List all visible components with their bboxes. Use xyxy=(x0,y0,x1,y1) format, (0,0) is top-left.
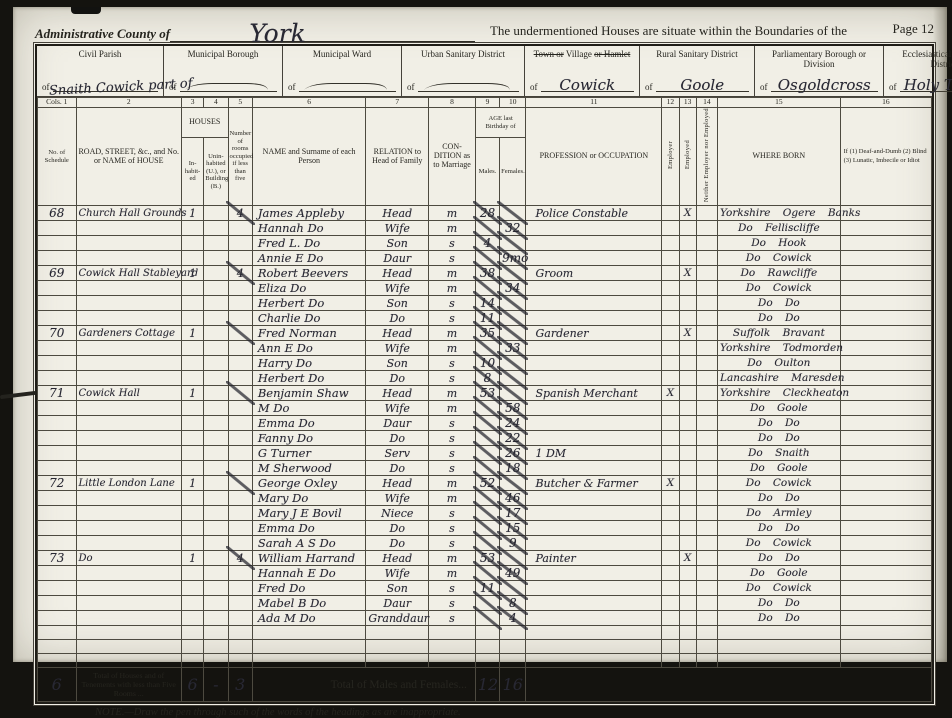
admin-county-underline: York xyxy=(170,21,475,42)
district-label: Urban Sanitary District xyxy=(407,49,519,59)
schedule-number: 71 xyxy=(38,386,77,401)
age-female: 4 xyxy=(500,611,526,626)
occupation xyxy=(526,281,662,296)
table-row: Hannah E DoWifem49Do Goole xyxy=(38,566,932,581)
houses-uninhabited xyxy=(204,506,228,521)
relation-to-head: Do xyxy=(366,311,429,326)
empty-cell xyxy=(76,640,181,654)
infirmities xyxy=(840,491,931,506)
empty-cell xyxy=(366,626,429,640)
column-number: 8 xyxy=(429,98,476,108)
employer-mark xyxy=(662,221,679,236)
houses-inhabited xyxy=(181,446,203,461)
rooms-count xyxy=(228,236,252,251)
infirmities xyxy=(840,566,931,581)
age-female: 49 xyxy=(500,566,526,581)
occupation xyxy=(526,521,662,536)
where-born: Suffolk Bravant xyxy=(718,326,841,341)
age-female xyxy=(500,476,526,491)
employed-mark xyxy=(679,521,696,536)
relation-to-head: Do xyxy=(366,521,429,536)
col-header-road: ROAD, STREET, &c., and No. or NAME of HO… xyxy=(76,108,181,206)
relation-to-head: Wife xyxy=(366,341,429,356)
neither-mark xyxy=(696,251,717,266)
empty-cell xyxy=(252,640,366,654)
marriage-condition: s xyxy=(429,296,476,311)
empty-cell xyxy=(204,654,228,666)
census-table-head: Cols. 12345678910111213141516 No. of Sch… xyxy=(38,98,932,206)
col-header-occupation: PROFESSION or OCCUPATION xyxy=(526,108,662,206)
employer-mark xyxy=(662,311,679,326)
age-male xyxy=(475,596,499,611)
age-male xyxy=(475,491,499,506)
houses-inhabited: 1 xyxy=(181,551,203,566)
district-underline: Snaith Cowick part of xyxy=(53,78,159,92)
relation-to-head: Daur xyxy=(366,596,429,611)
house-address xyxy=(76,401,181,416)
marriage-condition: s xyxy=(429,431,476,446)
schedule-number xyxy=(38,221,77,236)
person-name: Robert Beevers xyxy=(252,266,366,281)
schedule-number xyxy=(38,536,77,551)
houses-inhabited xyxy=(181,491,203,506)
employed-mark: X xyxy=(679,206,696,221)
rooms-count xyxy=(228,341,252,356)
houses-inhabited xyxy=(181,521,203,536)
houses-inhabited xyxy=(181,251,203,266)
age-male: 8 xyxy=(475,371,499,386)
houses-uninhabited xyxy=(204,551,228,566)
age-male: 28 xyxy=(475,206,499,221)
empty-cell xyxy=(429,654,476,666)
infirmities xyxy=(840,221,931,236)
marriage-condition: m xyxy=(429,281,476,296)
infirmities xyxy=(840,446,931,461)
house-address xyxy=(76,506,181,521)
employer-mark xyxy=(662,371,679,386)
schedule-number xyxy=(38,341,77,356)
employer-mark xyxy=(662,281,679,296)
schedule-number: 69 xyxy=(38,266,77,281)
district-field: Municipal Wardof xyxy=(282,46,401,96)
marriage-condition: s xyxy=(429,596,476,611)
neither-mark xyxy=(696,506,717,521)
age-male xyxy=(475,341,499,356)
schedule-number xyxy=(38,506,77,521)
where-born: Do Felliscliffe xyxy=(718,221,841,236)
age-female: 18 xyxy=(500,461,526,476)
person-name: Herbert Do xyxy=(252,296,366,311)
marriage-condition: m xyxy=(429,386,476,401)
house-address xyxy=(76,611,181,626)
age-female xyxy=(500,356,526,371)
house-address xyxy=(76,536,181,551)
person-name: Mary Do xyxy=(252,491,366,506)
houses-inhabited xyxy=(181,506,203,521)
district-label: Rural Sanitary District xyxy=(645,49,749,59)
district-of-prefix: of xyxy=(645,83,653,92)
neither-mark xyxy=(696,266,717,281)
house-address xyxy=(76,416,181,431)
table-row: M DoWifem58Do Goole xyxy=(38,401,932,416)
houses-uninhabited xyxy=(204,416,228,431)
occupation xyxy=(526,581,662,596)
table-row: 69Cowick Hall Stableyard14Robert Beevers… xyxy=(38,266,932,281)
employer-mark xyxy=(662,416,679,431)
undermentioned-text: The undermentioned Houses are situate wi… xyxy=(475,23,862,42)
empty-cell xyxy=(181,640,203,654)
house-address: Do xyxy=(76,551,181,566)
houses-uninhabited xyxy=(204,386,228,401)
infirmities xyxy=(840,611,931,626)
relation-to-head: Do xyxy=(366,371,429,386)
relation-to-head: Head xyxy=(366,206,429,221)
col-header-infirmities: If (1) Deaf-and-Dumb (2) Blind (3) Lunat… xyxy=(840,108,931,206)
employer-mark: X xyxy=(662,476,679,491)
blank-stroke xyxy=(304,83,390,90)
employed-vertical-label: Employed xyxy=(684,140,691,169)
schedule-number xyxy=(38,356,77,371)
rooms-count xyxy=(228,611,252,626)
person-name: Ada M Do xyxy=(252,611,366,626)
person-name: Emma Do xyxy=(252,416,366,431)
col-header-schedule: No. of Schedule xyxy=(38,108,77,206)
rooms-count xyxy=(228,491,252,506)
where-born: Do Do xyxy=(718,596,841,611)
where-born: Do Do xyxy=(718,311,841,326)
district-of-prefix: of xyxy=(530,83,538,92)
table-row: Ann E DoWifem33Yorkshire Todmorden xyxy=(38,341,932,356)
empty-cell xyxy=(679,626,696,640)
empty-cell xyxy=(500,654,526,666)
empty-row xyxy=(38,640,932,654)
house-address xyxy=(76,281,181,296)
infirmities xyxy=(840,296,931,311)
employed-mark xyxy=(679,281,696,296)
schedule-number xyxy=(38,611,77,626)
empty-cell xyxy=(500,626,526,640)
infirmities xyxy=(840,596,931,611)
table-row: Ada M DoGranddaurs4Do Do xyxy=(38,611,932,626)
house-address xyxy=(76,566,181,581)
person-name: William Harrand xyxy=(252,551,366,566)
empty-cell xyxy=(696,654,717,666)
relation-to-head: Son xyxy=(366,236,429,251)
relation-to-head: Head xyxy=(366,326,429,341)
employed-mark xyxy=(679,461,696,476)
person-name: Mary J E Bovil xyxy=(252,506,366,521)
person-name: Fred Do xyxy=(252,581,366,596)
empty-cell xyxy=(475,626,499,640)
occupation: 1 DM xyxy=(526,446,662,461)
houses-uninhabited xyxy=(204,491,228,506)
column-number: Cols. 1 xyxy=(38,98,77,108)
person-name: George Oxley xyxy=(252,476,366,491)
employed-mark xyxy=(679,611,696,626)
district-value: Cowick xyxy=(559,76,615,94)
relation-to-head: Wife xyxy=(366,491,429,506)
district-of-prefix: of xyxy=(169,83,177,92)
houses-uninhabited xyxy=(204,356,228,371)
column-number: 14 xyxy=(696,98,717,108)
rooms-count xyxy=(228,281,252,296)
person-name: Hannah Do xyxy=(252,221,366,236)
house-address xyxy=(76,581,181,596)
district-label-part: Village xyxy=(566,49,592,59)
house-address: Gardeners Cottage xyxy=(76,326,181,341)
age-female xyxy=(500,551,526,566)
neither-mark xyxy=(696,476,717,491)
district-label: Municipal Borough xyxy=(169,49,277,59)
neither-mark xyxy=(696,401,717,416)
occupation xyxy=(526,536,662,551)
employer-mark: X xyxy=(662,386,679,401)
empty-cell xyxy=(696,626,717,640)
person-name: Ann E Do xyxy=(252,341,366,356)
col-header-males: Males. xyxy=(475,138,499,206)
rooms-count xyxy=(228,446,252,461)
district-underline: Goole xyxy=(656,78,750,92)
person-name: G Turner xyxy=(252,446,366,461)
empty-cell xyxy=(366,640,429,654)
district-underline xyxy=(418,78,520,92)
schedule-number xyxy=(38,296,77,311)
houses-inhabited xyxy=(181,356,203,371)
where-born: Do Do xyxy=(718,521,841,536)
age-female: 46 xyxy=(500,491,526,506)
occupation: Painter xyxy=(526,551,662,566)
age-female: 17 xyxy=(500,506,526,521)
col-header-name: NAME and Surname of each Person xyxy=(252,108,366,206)
empty-cell xyxy=(38,640,77,654)
relation-to-head: Wife xyxy=(366,221,429,236)
infirmities xyxy=(840,551,931,566)
schedule-number: 73 xyxy=(38,551,77,566)
houses-inhabited xyxy=(181,371,203,386)
relation-to-head: Son xyxy=(366,356,429,371)
district-entry-line: of xyxy=(407,78,519,92)
marriage-condition: s xyxy=(429,506,476,521)
age-female xyxy=(500,311,526,326)
occupation xyxy=(526,251,662,266)
houses-inhabited xyxy=(181,566,203,581)
rooms-count xyxy=(228,431,252,446)
col-header-employed: Employed xyxy=(679,108,696,206)
age-female xyxy=(500,371,526,386)
age-female: 26 xyxy=(500,446,526,461)
infirmities xyxy=(840,371,931,386)
where-born: Do Cowick xyxy=(718,251,841,266)
table-row: Hannah DoWifem32Do Felliscliffe xyxy=(38,221,932,236)
houses-inhabited xyxy=(181,221,203,236)
district-label-part: Town or xyxy=(534,49,564,59)
empty-cell xyxy=(76,626,181,640)
neither-mark xyxy=(696,221,717,236)
neither-vertical-label: Neither Employer nor Employed xyxy=(703,108,710,202)
age-male xyxy=(475,431,499,446)
age-female: 9 xyxy=(500,536,526,551)
schedule-number xyxy=(38,521,77,536)
schedule-number xyxy=(38,596,77,611)
relation-to-head: Head xyxy=(366,476,429,491)
empty-cell xyxy=(526,626,662,640)
occupation xyxy=(526,296,662,311)
employer-mark xyxy=(662,581,679,596)
employer-mark xyxy=(662,566,679,581)
houses-uninhabited xyxy=(204,341,228,356)
relation-to-head: Do xyxy=(366,536,429,551)
houses-inhabited xyxy=(181,296,203,311)
column-headers-row: No. of Schedule ROAD, STREET, &c., and N… xyxy=(38,108,932,138)
age-male: 53 xyxy=(475,551,499,566)
empty-cell xyxy=(228,640,252,654)
person-name: Annie E Do xyxy=(252,251,366,266)
blank-stroke xyxy=(424,83,513,90)
person-name: James Appleby xyxy=(252,206,366,221)
where-born: Yorkshire Ogere Banks xyxy=(718,206,841,221)
employed-mark xyxy=(679,251,696,266)
occupation xyxy=(526,611,662,626)
employed-mark xyxy=(679,581,696,596)
age-female: 15 xyxy=(500,521,526,536)
age-male xyxy=(475,281,499,296)
person-name: Fanny Do xyxy=(252,431,366,446)
relation-to-head: Niece xyxy=(366,506,429,521)
occupation xyxy=(526,221,662,236)
house-address xyxy=(76,461,181,476)
marriage-condition: m xyxy=(429,206,476,221)
employed-mark xyxy=(679,371,696,386)
occupation: Groom xyxy=(526,266,662,281)
relation-to-head: Head xyxy=(366,551,429,566)
schedule-number xyxy=(38,566,77,581)
column-number: 5 xyxy=(228,98,252,108)
col-header-employer: Employer xyxy=(662,108,679,206)
schedule-number xyxy=(38,431,77,446)
col-header-age: AGE last Birthday of xyxy=(475,108,526,138)
page-header: Administrative County of York The underm… xyxy=(35,15,934,42)
where-born: Do Goole xyxy=(718,461,841,476)
houses-inhabited xyxy=(181,581,203,596)
employed-mark: X xyxy=(679,551,696,566)
empty-cell xyxy=(181,626,203,640)
district-field: Urban Sanitary Districtof xyxy=(401,46,524,96)
person-name: M Sherwood xyxy=(252,461,366,476)
infirmities xyxy=(840,281,931,296)
table-row: Herbert DoSons14Do Do xyxy=(38,296,932,311)
col-header-relation: RELATION to Head of Family xyxy=(366,108,429,206)
relation-to-head: Wife xyxy=(366,566,429,581)
where-born: Do Goole xyxy=(718,401,841,416)
neither-mark xyxy=(696,236,717,251)
infirmities xyxy=(840,536,931,551)
employed-mark xyxy=(679,491,696,506)
house-address xyxy=(76,446,181,461)
age-male: 11 xyxy=(475,311,499,326)
marriage-condition: m xyxy=(429,266,476,281)
schedule-number: 68 xyxy=(38,206,77,221)
rooms-count xyxy=(228,251,252,266)
employer-mark xyxy=(662,206,679,221)
age-female: 8 xyxy=(500,596,526,611)
schedule-number xyxy=(38,401,77,416)
marriage-condition: s xyxy=(429,461,476,476)
marriage-condition: s xyxy=(429,236,476,251)
house-address xyxy=(76,371,181,386)
occupation xyxy=(526,311,662,326)
employer-mark xyxy=(662,506,679,521)
neither-mark xyxy=(696,386,717,401)
admin-county-field: Administrative County of York xyxy=(35,21,475,42)
occupation xyxy=(526,236,662,251)
column-number: 7 xyxy=(366,98,429,108)
occupation: Butcher & Farmer xyxy=(526,476,662,491)
houses-inhabited: 1 xyxy=(181,326,203,341)
age-male: 14 xyxy=(475,296,499,311)
rooms-count: 4 xyxy=(228,266,252,281)
empty-cell xyxy=(76,654,181,666)
employed-mark xyxy=(679,401,696,416)
empty-cell xyxy=(662,626,679,640)
table-row: Charlie DoDos11Do Do xyxy=(38,311,932,326)
schedule-number: 72 xyxy=(38,476,77,491)
age-male: 11 xyxy=(475,581,499,596)
houses-uninhabited xyxy=(204,611,228,626)
occupation xyxy=(526,356,662,371)
person-name: Fred Norman xyxy=(252,326,366,341)
age-female: 22 xyxy=(500,431,526,446)
marriage-condition: m xyxy=(429,476,476,491)
employed-mark xyxy=(679,506,696,521)
person-name: Eliza Do xyxy=(252,281,366,296)
house-address xyxy=(76,491,181,506)
where-born: Do Cowick xyxy=(718,281,841,296)
column-number: 12 xyxy=(662,98,679,108)
rooms-count xyxy=(228,416,252,431)
rooms-count xyxy=(228,461,252,476)
district-entry-line: of xyxy=(169,78,277,92)
empty-cell xyxy=(366,654,429,666)
rooms-count xyxy=(228,296,252,311)
employed-mark xyxy=(679,566,696,581)
relation-to-head: Daur xyxy=(366,416,429,431)
neither-mark xyxy=(696,581,717,596)
schedule-number xyxy=(38,311,77,326)
table-row: Emma DoDos15Do Do xyxy=(38,521,932,536)
occupation xyxy=(526,461,662,476)
age-male: 52 xyxy=(475,476,499,491)
neither-mark xyxy=(696,206,717,221)
neither-mark xyxy=(696,491,717,506)
infirmities xyxy=(840,521,931,536)
infirmities xyxy=(840,311,931,326)
marriage-condition: s xyxy=(429,356,476,371)
empty-cell xyxy=(252,626,366,640)
houses-uninhabited xyxy=(204,446,228,461)
rooms-count xyxy=(228,596,252,611)
column-number: 16 xyxy=(840,98,931,108)
page-number: Page 12 xyxy=(862,21,934,42)
table-row: Sarah A S DoDos9Do Cowick xyxy=(38,536,932,551)
marriage-condition: s xyxy=(429,611,476,626)
admin-county-value: York xyxy=(249,19,305,48)
district-underline: Osgoldcross xyxy=(771,78,879,92)
table-row: 72Little London Lane1George OxleyHeadm52… xyxy=(38,476,932,491)
where-born: Do Do xyxy=(718,416,841,431)
neither-mark xyxy=(696,341,717,356)
occupation: Police Constable xyxy=(526,206,662,221)
empty-cell xyxy=(696,640,717,654)
